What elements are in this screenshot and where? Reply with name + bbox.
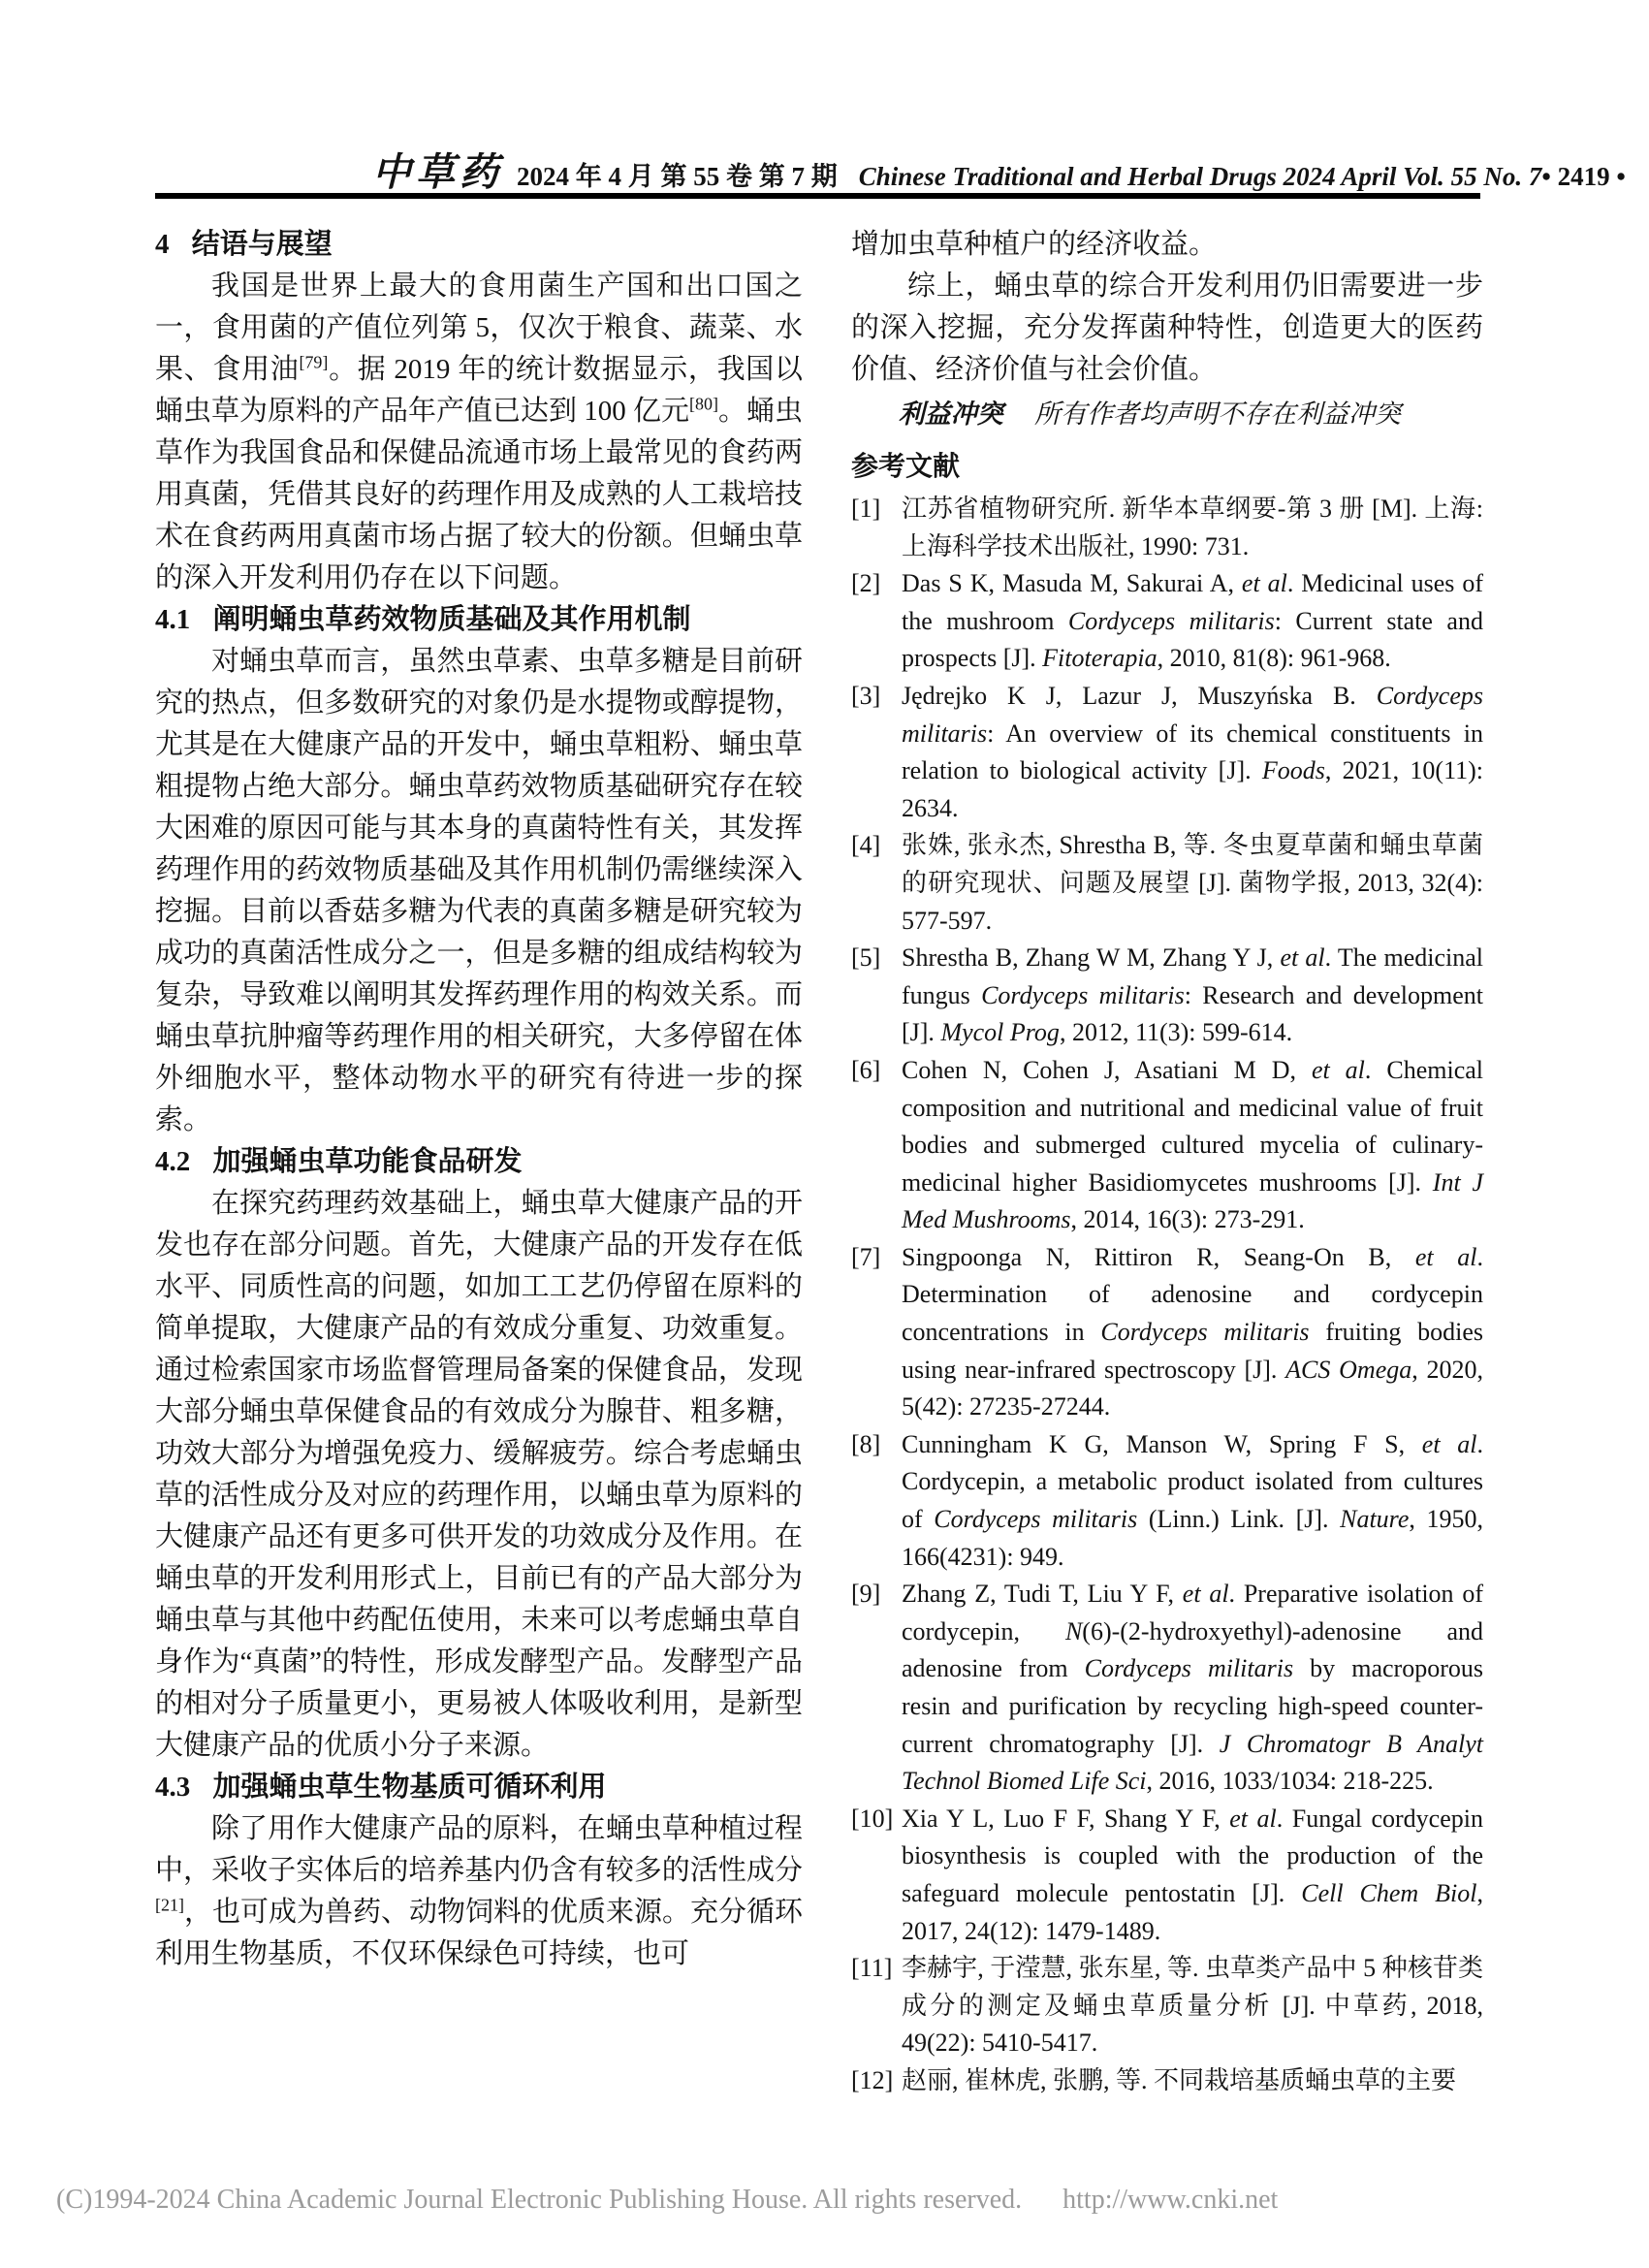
italic-text-run: Foods xyxy=(1262,756,1325,784)
italic-text-run: Cordyceps militaris xyxy=(1100,1318,1309,1346)
text-run: Cunningham K G, Manson W, Spring F S, xyxy=(902,1430,1422,1458)
reference-item: [7]Singpoonga N, Rittiron R, Seang-On B,… xyxy=(851,1239,1483,1426)
reference-item: [6]Cohen N, Cohen J, Asatiani M D, et al… xyxy=(851,1052,1483,1239)
text-run: 对蛹虫草而言，虽然虫草素、虫草多糖是目前研究的热点，但多数研究的对象仍是水提物或… xyxy=(155,646,803,1135)
text-run: 增加虫草种植户的经济收益。 xyxy=(851,229,1217,260)
text-run: , 2010, 81(8): 961-968. xyxy=(1157,644,1391,672)
italic-text-run: et al xyxy=(1183,1580,1229,1608)
section-number: 4.3 xyxy=(155,1772,190,1803)
text-run: [80] xyxy=(689,396,718,427)
conflict-label: 利益冲突 xyxy=(899,399,1003,429)
reference-list: [1]江苏省植物研究所. 新华本草纲要-第 3 册 [M]. 上海: 上海科学技… xyxy=(851,491,1483,2100)
section-number: 4.2 xyxy=(155,1146,190,1177)
text-run: 在探究药理药效基础上，蛹虫草大健康产品的开发也存在部分问题。首先，大健康产品的开… xyxy=(155,1188,803,1761)
italic-text-run: Cell Chem Biol xyxy=(1301,1879,1476,1907)
italic-text-run: Mycol Prog xyxy=(940,1018,1060,1046)
reference-item: [2]Das S K, Masuda M, Sakurai A, et al. … xyxy=(851,565,1483,678)
body-paragraph: 在探究药理药效基础上，蛹虫草大健康产品的开发也存在部分问题。首先，大健康产品的开… xyxy=(155,1183,803,1767)
header-rule xyxy=(155,193,1480,199)
reference-item: [8]Cunningham K G, Manson W, Spring F S,… xyxy=(851,1426,1483,1576)
cnki-url: http://www.cnki.net xyxy=(1062,2185,1278,2215)
reference-item: [3]Jędrejko K J, Lazur J, Muszyńska B. C… xyxy=(851,678,1483,827)
section-number: 4.1 xyxy=(155,604,190,635)
reference-number: [11] xyxy=(851,1950,892,1988)
reference-number: [4] xyxy=(851,827,880,865)
citation-superscript: [21] xyxy=(155,1895,184,1914)
reference-item: [9]Zhang Z, Tudi T, Liu Y F, et al. Prep… xyxy=(851,1576,1483,1801)
section-title: 结语与展望 xyxy=(192,229,333,260)
text-run: , 2016, 1033/1034: 218-225. xyxy=(1147,1767,1434,1795)
reference-number: [2] xyxy=(851,565,880,603)
conflict-of-interest-line: 利益冲突所有作者均声明不存在利益冲突 xyxy=(851,392,1483,436)
text-run: 赵丽, 崔林虎, 张鹏, 等. 不同栽培基质蛹虫草的主要 xyxy=(902,2066,1456,2094)
body-paragraph: 增加虫草种植户的经济收益。 xyxy=(851,224,1483,266)
text-run: [21] xyxy=(155,1897,184,1928)
reference-item: [11]李赫宇, 于滢慧, 张东星, 等. 虫草类产品中 5 种核苷类成分的测定… xyxy=(851,1950,1483,2062)
issue-info-en: Chinese Traditional and Herbal Drugs 202… xyxy=(859,162,1542,192)
text-run: 江苏省植物研究所. 新华本草纲要-第 3 册 [M]. 上海: 上海科学技术出版… xyxy=(902,495,1483,560)
body-paragraph: 我国是世界上最大的食用菌生产国和出口国之一，食用菌的产值位列第 5，仅次于粮食、… xyxy=(155,266,803,599)
section-title: 加强蛹虫草生物基质可循环利用 xyxy=(212,1772,606,1803)
reference-number: [12] xyxy=(851,2062,893,2100)
right-column-paragraphs: 增加虫草种植户的经济收益。综上，蛹虫草的综合开发利用仍旧需要进一步的深入挖掘，充… xyxy=(851,224,1483,391)
section-heading: 4.3加强蛹虫草生物基质可循环利用 xyxy=(155,1767,803,1808)
text-run: Singpoonga N, Rittiron R, Seang-On B, xyxy=(902,1243,1415,1271)
reference-item: [4]张姝, 张永杰, Shrestha B, 等. 冬虫夏草菌和蛹虫草菌的研究… xyxy=(851,827,1483,940)
reference-number: [3] xyxy=(851,678,880,716)
citation-superscript: [80] xyxy=(689,394,718,413)
page-header: 中草药 2024 年 4 月 第 55 卷 第 7 期 Chinese Trad… xyxy=(155,153,1480,193)
section-heading: 4.1阐明蛹虫草药效物质基础及其作用机制 xyxy=(155,599,803,641)
text-run: 综上，蛹虫草的综合开发利用仍旧需要进一步的深入挖掘，充分发挥菌种特性，创造更大的… xyxy=(851,271,1483,385)
reference-number: [10] xyxy=(851,1801,893,1838)
italic-text-run: Nature xyxy=(1340,1505,1409,1533)
text-run: , 2014, 16(3): 273-291. xyxy=(1071,1205,1305,1233)
text-run: Xia Y L, Luo F F, Shang Y F, xyxy=(902,1805,1229,1833)
right-column: 增加虫草种植户的经济收益。综上，蛹虫草的综合开发利用仍旧需要进一步的深入挖掘，充… xyxy=(851,224,1483,2100)
conflict-statement: 所有作者均声明不存在利益冲突 xyxy=(1034,399,1401,429)
reference-number: [5] xyxy=(851,940,880,977)
body-paragraph: 除了用作大健康产品的原料，在蛹虫草种植过程中，采收子实体后的培养基内仍含有较多的… xyxy=(155,1808,803,1975)
reference-number: [6] xyxy=(851,1052,880,1090)
reference-item: [1]江苏省植物研究所. 新华本草纲要-第 3 册 [M]. 上海: 上海科学技… xyxy=(851,491,1483,565)
section-title: 加强蛹虫草功能食品研发 xyxy=(212,1146,522,1177)
reference-number: [7] xyxy=(851,1239,880,1277)
italic-text-run: et al xyxy=(1242,569,1287,597)
reference-number: [1] xyxy=(851,491,880,528)
journal-logo: 中草药 xyxy=(372,153,503,192)
text-run: Jędrejko K J, Lazur J, Muszyńska B. xyxy=(902,682,1377,710)
section-number: 4 xyxy=(155,229,170,260)
section-title: 阐明蛹虫草药效物质基础及其作用机制 xyxy=(212,604,690,635)
italic-text-run: Fitoterapia xyxy=(1042,644,1157,672)
references-heading: 参考文献 xyxy=(851,446,1483,487)
text-run: ，也可成为兽药、动物饲料的优质来源。充分循环利用生物基质，不仅环保绿色可持续，也… xyxy=(155,1897,803,1969)
journal-page: 中草药 2024 年 4 月 第 55 卷 第 7 期 Chinese Trad… xyxy=(0,0,1649,2268)
text-run: Das S K, Masuda M, Sakurai A, xyxy=(902,569,1242,597)
reference-number: [9] xyxy=(851,1576,880,1613)
italic-text-run: N xyxy=(1065,1617,1082,1645)
body-paragraph: 对蛹虫草而言，虽然虫草素、虫草多糖是目前研究的热点，但多数研究的对象仍是水提物或… xyxy=(155,641,803,1141)
reference-number: [8] xyxy=(851,1426,880,1464)
italic-text-run: Cordyceps militaris xyxy=(1068,607,1275,635)
reference-item: [5]Shrestha B, Zhang W M, Zhang Y J, et … xyxy=(851,940,1483,1052)
text-run: Shrestha B, Zhang W M, Zhang Y J, xyxy=(902,943,1280,972)
text-run: 李赫宇, 于滢慧, 张东星, 等. 虫草类产品中 5 种核苷类成分的测定及蛹虫草… xyxy=(902,1954,1483,2057)
italic-text-run: et al xyxy=(1415,1243,1477,1271)
italic-text-run: et al xyxy=(1280,943,1324,972)
copyright-text: (C)1994-2024 China Academic Journal Elec… xyxy=(56,2185,1022,2215)
section-heading: 4.2加强蛹虫草功能食品研发 xyxy=(155,1141,803,1183)
body-paragraph: 综上，蛹虫草的综合开发利用仍旧需要进一步的深入挖掘，充分发挥菌种特性，创造更大的… xyxy=(851,266,1483,391)
text-run: 除了用作大健康产品的原料，在蛹虫草种植过程中，采收子实体后的培养基内仍含有较多的… xyxy=(155,1813,803,1886)
italic-text-run: Cordyceps militaris xyxy=(1085,1654,1293,1682)
italic-text-run: Cordyceps militaris xyxy=(981,981,1185,1009)
italic-text-run: Cordyceps militaris xyxy=(934,1505,1137,1533)
text-run: , 2012, 11(3): 599-614. xyxy=(1060,1018,1292,1046)
section-heading: 4结语与展望 xyxy=(155,224,803,266)
left-column: 4结语与展望我国是世界上最大的食用菌生产国和出口国之一，食用菌的产值位列第 5，… xyxy=(155,224,803,1975)
text-run: [79] xyxy=(299,354,328,385)
copyright-footer: (C)1994-2024 China Academic Journal Elec… xyxy=(56,2184,1278,2217)
text-run: (Linn.) Link. [J]. xyxy=(1137,1505,1340,1533)
reference-item: [12]赵丽, 崔林虎, 张鹏, 等. 不同栽培基质蛹虫草的主要 xyxy=(851,2062,1483,2100)
italic-text-run: et al xyxy=(1422,1430,1477,1458)
text-run: 张姝, 张永杰, Shrestha B, 等. 冬虫夏草菌和蛹虫草菌的研究现状、… xyxy=(902,831,1483,934)
italic-text-run: et al xyxy=(1312,1056,1365,1084)
citation-superscript: [79] xyxy=(299,352,328,371)
text-run: Zhang Z, Tudi T, Liu Y F, xyxy=(902,1580,1183,1608)
text-run: Cohen N, Cohen J, Asatiani M D, xyxy=(902,1056,1312,1084)
italic-text-run: et al xyxy=(1229,1805,1277,1833)
italic-text-run: ACS Omega xyxy=(1285,1356,1411,1384)
reference-item: [10]Xia Y L, Luo F F, Shang Y F, et al. … xyxy=(851,1801,1483,1950)
issue-info-cn: 2024 年 4 月 第 55 卷 第 7 期 xyxy=(517,155,838,193)
page-number: • 2419 • xyxy=(1541,162,1625,192)
